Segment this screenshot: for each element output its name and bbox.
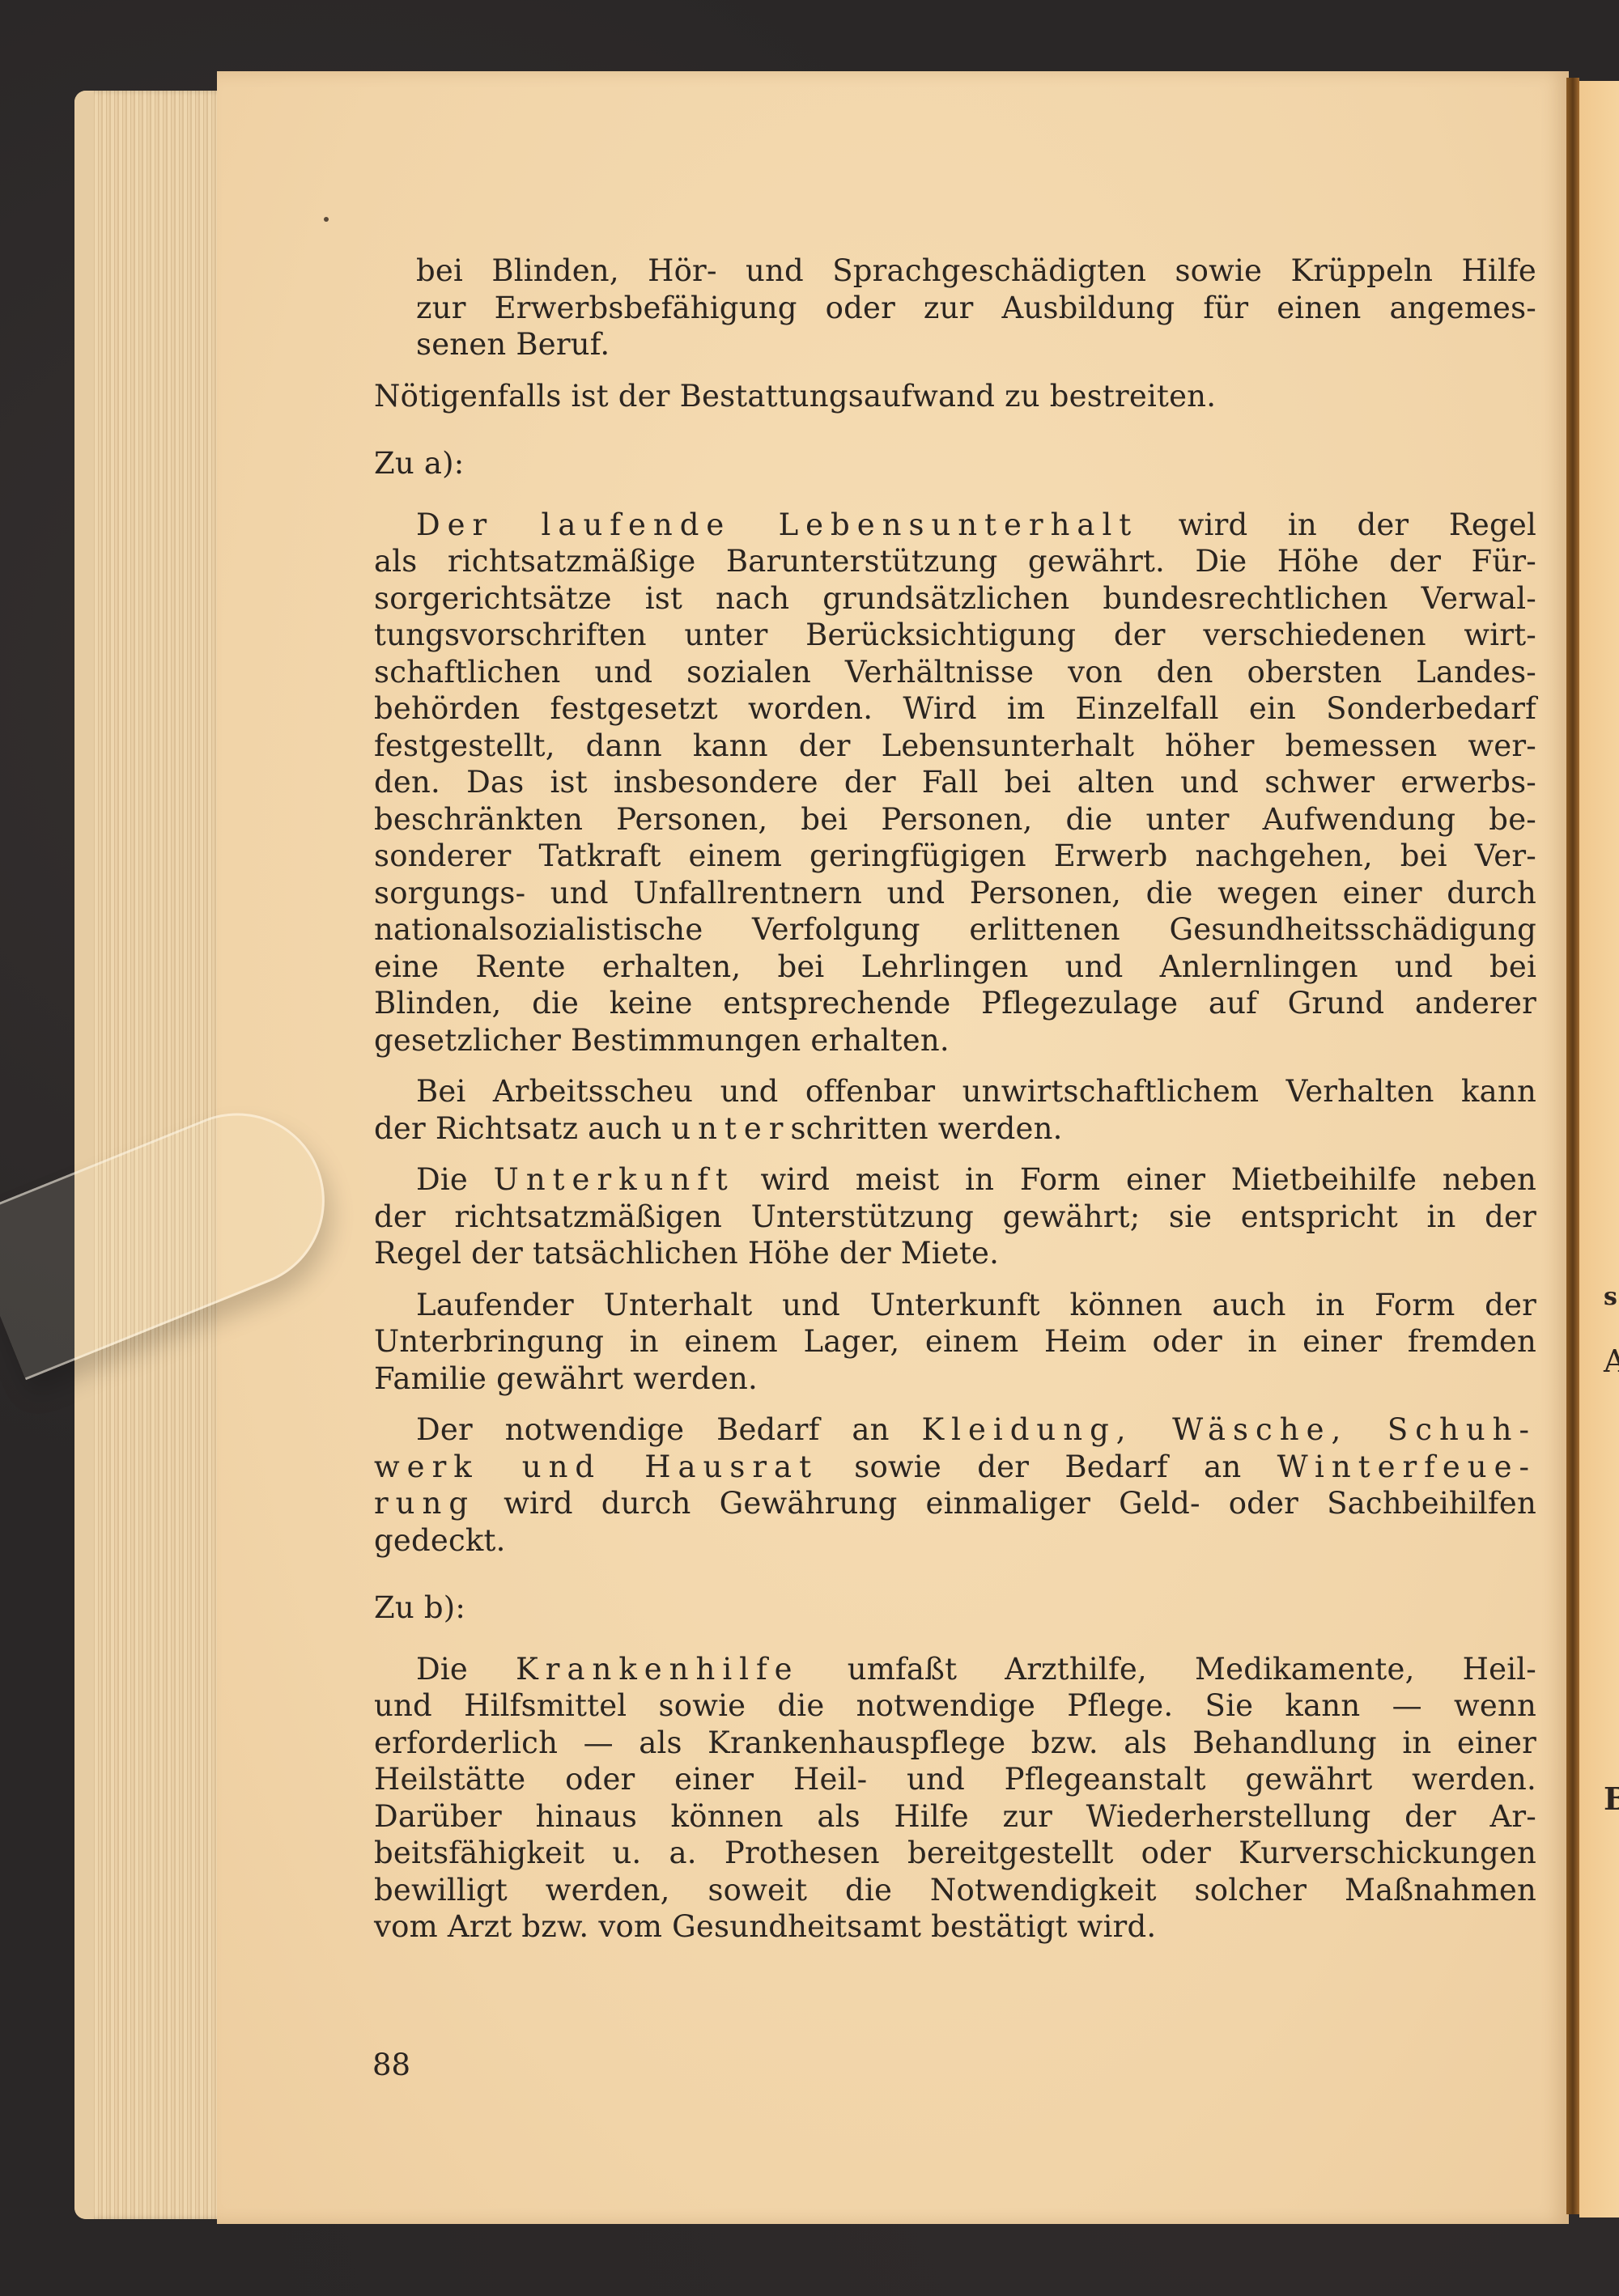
text-line: Blinden, die keine entsprechende Pflegez… <box>374 985 1536 1022</box>
spaced-emphasis: Kleidung, Wäsche, Schuh- <box>922 1412 1536 1447</box>
text-line: beitsfähigkeit u. a. Prothesen bereitges… <box>374 1835 1536 1872</box>
adjacent-page-letter: A <box>1604 1343 1619 1379</box>
paragraph: Der laufende Lebensunterhalt wird in der… <box>374 507 1536 1059</box>
text-line: Darüber hinaus können als Hilfe zur Wied… <box>374 1798 1536 1836</box>
text-line: sorgerichtsätze ist nach grundsätzlichen… <box>374 580 1536 618</box>
text-line: erforderlich — als Krankenhauspflege bzw… <box>374 1725 1536 1762</box>
text-line: und Hilfsmittel sowie die notwendige Pfl… <box>374 1687 1536 1725</box>
text-line: bewilligt werden, soweit die Notwendigke… <box>374 1872 1536 1909</box>
adjacent-page-letter: s <box>1604 1283 1617 1311</box>
page-number: 88 <box>372 2048 410 2082</box>
text-line: der richtsatzmäßigen Unterstützung gewäh… <box>374 1199 1536 1236</box>
spaced-emphasis: Winterfeue- <box>1277 1449 1536 1484</box>
text-line: senen Beruf. <box>374 326 1536 363</box>
text-line: behörden festgesetzt worden. Wird im Ein… <box>374 690 1536 728</box>
spaced-emphasis: unter <box>671 1111 790 1146</box>
spaced-emphasis: Krankenhilfe <box>516 1652 799 1687</box>
page-gutter-shadow <box>1566 78 1579 2214</box>
text-line: vom Arzt bzw. vom Gesundheitsamt bestäti… <box>374 1908 1536 1946</box>
page-text: bei Blinden, Hör- und Sprachgeschädigten… <box>374 253 1536 1960</box>
text-line: Familie gewährt werden. <box>374 1360 1536 1398</box>
text-line: tungsvorschriften unter Berücksichtigung… <box>374 617 1536 654</box>
text-line: bei Blinden, Hör- und Sprachgeschädigten… <box>374 253 1536 290</box>
section-heading-a: Zu a): <box>374 445 1536 482</box>
text-line: den. Das ist insbesondere der Fall bei a… <box>374 764 1536 801</box>
text-line: sonderer Tatkraft einem geringfügigen Er… <box>374 838 1536 875</box>
paragraph: Die Unterkunft wird meist in Form einer … <box>374 1161 1536 1272</box>
text-line: rung wird durch Gewährung einmaliger Gel… <box>374 1485 1536 1522</box>
spaced-emphasis: rung <box>374 1486 475 1521</box>
text-line: Regel der tatsächlichen Höhe der Miete. <box>374 1235 1536 1272</box>
text-line: Die Krankenhilfe umfaßt Arzthilfe, Medik… <box>374 1651 1536 1688</box>
text-line: Der notwendige Bedarf an Kleidung, Wäsch… <box>374 1411 1536 1449</box>
text-line: gesetzlicher Bestimmungen erhalten. <box>374 1022 1536 1059</box>
text-line: Nötigenfalls ist der Bestattungsaufwand … <box>374 378 1536 415</box>
paragraph: Laufender Unterhalt und Unterkunft könne… <box>374 1287 1536 1398</box>
spaced-emphasis: Unterkunft <box>494 1162 735 1197</box>
adjacent-page-letter: B <box>1604 1780 1619 1817</box>
text-line: schaftlichen und sozialen Verhältnisse v… <box>374 654 1536 691</box>
text-line: eine Rente erhalten, bei Lehrlingen und … <box>374 949 1536 986</box>
spaced-emphasis: werk und Hausrat <box>374 1449 818 1484</box>
text-line: zur Erwerbsbefähigung oder zur Ausbildun… <box>374 290 1536 327</box>
adjacent-page: s A B <box>1579 81 1619 2217</box>
opening-fragment: bei Blinden, Hör- und Sprachgeschädigten… <box>374 253 1536 363</box>
spaced-emphasis: Der laufende Lebensunterhalt <box>416 507 1138 542</box>
text-line: Heilstätte oder einer Heil- und Pflegean… <box>374 1761 1536 1798</box>
text-line: werk und Hausrat sowie der Bedarf an Win… <box>374 1449 1536 1486</box>
text-line: sorgungs- und Unfallrentnern und Persone… <box>374 875 1536 912</box>
text-line: beschränkten Personen, bei Personen, die… <box>374 801 1536 838</box>
text-line: Der laufende Lebensunterhalt wird in der… <box>374 507 1536 544</box>
text-line: festgestellt, dann kann der Lebensunterh… <box>374 728 1536 765</box>
text-line: nationalsozialistische Verfolgung erlitt… <box>374 911 1536 949</box>
text-line: Bei Arbeitsscheu und offenbar unwirtscha… <box>374 1073 1536 1110</box>
text-line: gedeckt. <box>374 1522 1536 1560</box>
text-line: Unterbringung in einem Lager, einem Heim… <box>374 1323 1536 1360</box>
text-line: der Richtsatz auch unterschritten werden… <box>374 1110 1536 1148</box>
text-line: als richtsatzmäßige Barunterstützung gew… <box>374 543 1536 580</box>
burial-sentence: Nötigenfalls ist der Bestattungsaufwand … <box>374 378 1536 415</box>
section-heading-b: Zu b): <box>374 1589 1536 1627</box>
text-line: Laufender Unterhalt und Unterkunft könne… <box>374 1287 1536 1324</box>
paper-speck <box>324 217 329 222</box>
paragraph: Die Krankenhilfe umfaßt Arzthilfe, Medik… <box>374 1651 1536 1946</box>
paragraph: Der notwendige Bedarf an Kleidung, Wäsch… <box>374 1411 1536 1559</box>
text-line: Die Unterkunft wird meist in Form einer … <box>374 1161 1536 1199</box>
paragraph: Bei Arbeitsscheu und offenbar unwirtscha… <box>374 1073 1536 1147</box>
